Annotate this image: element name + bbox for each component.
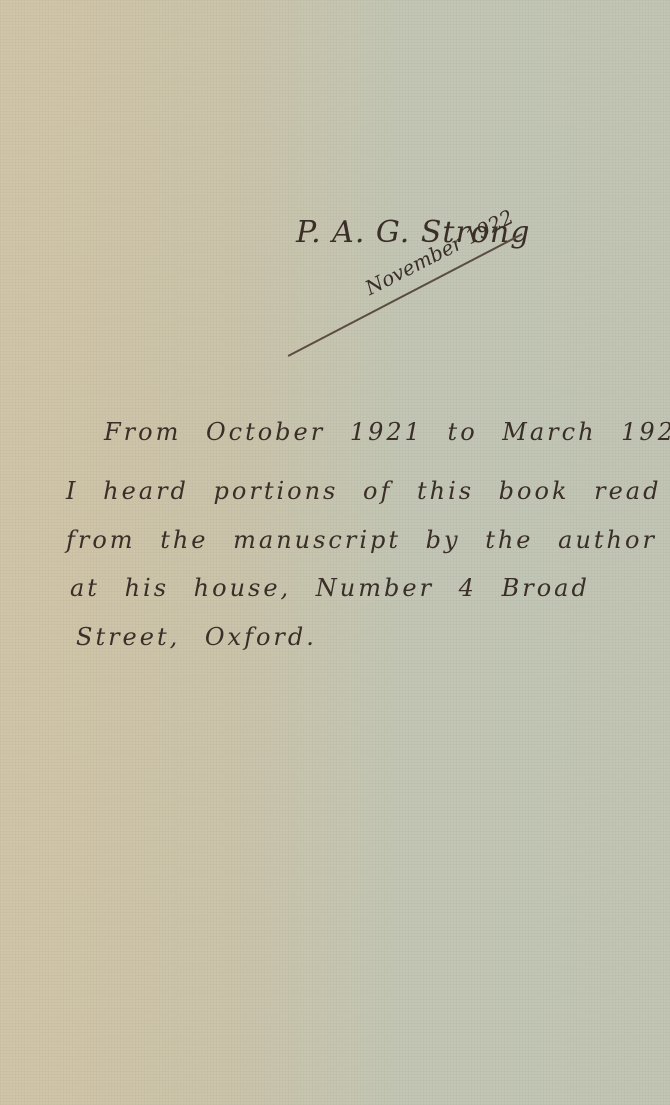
inscription-line-4: at his house, Number 4 Broad — [70, 574, 590, 602]
inscription-line-5: Street, Oxford. — [76, 623, 317, 651]
inscription-line-1: From October 1921 to March 1922 — [104, 418, 670, 446]
handwritten-page: P. A. G. Strong November 1922 From Octob… — [0, 0, 670, 1105]
inscription-line-3: from the manuscript by the author — [66, 526, 657, 554]
inscription-line-2: I heard portions of this book read — [66, 477, 661, 505]
diagonal-underline — [288, 233, 523, 356]
